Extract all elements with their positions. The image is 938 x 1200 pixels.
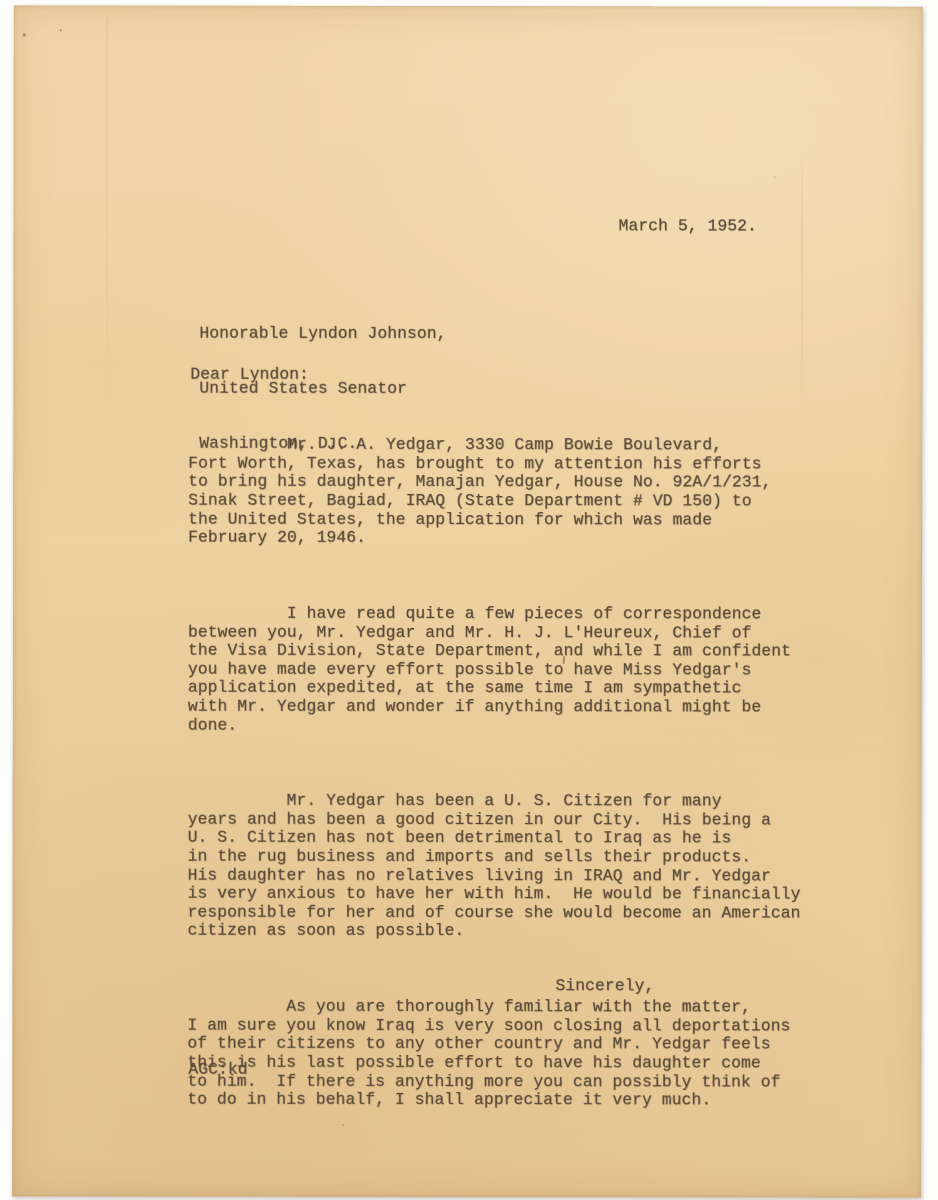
paper-speck: [60, 29, 62, 31]
paper-crease: [106, 17, 108, 447]
letter-body: Mr. J. A. Yedgar, 3330 Camp Bowie Boulev…: [187, 399, 801, 1148]
letter-date: March 5, 1952.: [619, 217, 757, 236]
paragraph-1: Mr. J. A. Yedgar, 3330 Camp Bowie Boulev…: [188, 436, 801, 548]
scanned-letter-page: March 5, 1952. Honorable Lyndon Johnson,…: [0, 0, 938, 1200]
paper-speck: [774, 176, 776, 178]
recipient-name: Honorable Lyndon Johnson,: [199, 324, 446, 343]
letter-paper: March 5, 1952. Honorable Lyndon Johnson,…: [12, 5, 923, 1197]
salutation: Dear Lyndon:: [190, 366, 309, 385]
paragraph-3: Mr. Yedgar has been a U. S. Citizen for …: [188, 792, 801, 942]
paragraph-2: I have read quite a few pieces of corres…: [188, 605, 801, 736]
typist-initials: AGC:kd: [188, 1061, 247, 1080]
paper-crease: [801, 146, 802, 416]
closing-sincerely: Sincerely,: [555, 977, 654, 996]
paragraph-4: As you are thoroughly familiar with the …: [187, 998, 800, 1110]
paper-speck: [23, 33, 26, 36]
